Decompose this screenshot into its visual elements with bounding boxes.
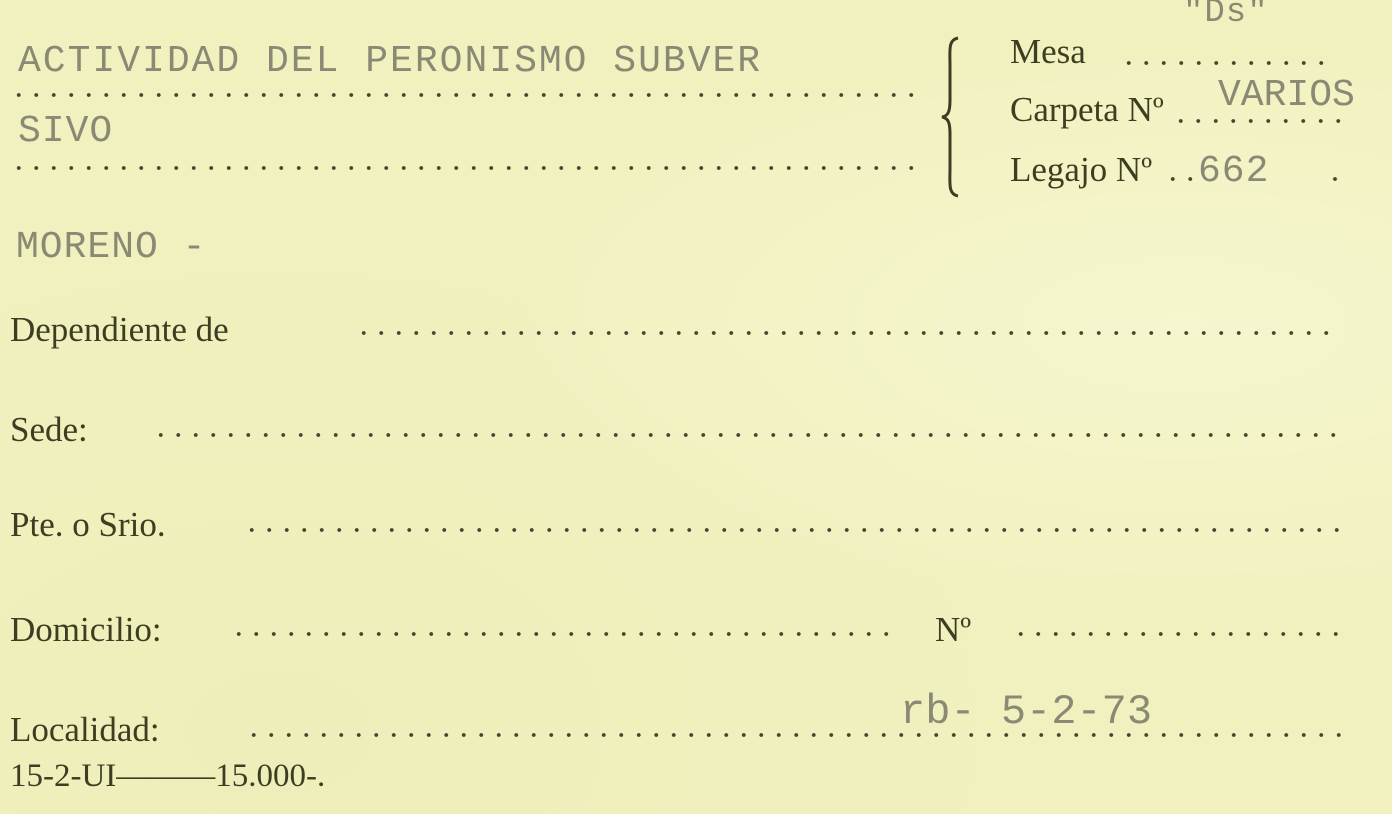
carpeta-label: Carpeta Nº xyxy=(1010,90,1164,130)
dependiente-label: Dependiente de xyxy=(10,310,229,350)
title-dotted-line-1 xyxy=(10,92,925,98)
localidad-dotted-line xyxy=(245,732,1343,738)
domicilio-label: Domicilio: xyxy=(10,610,162,650)
mesa-dotted-line xyxy=(1120,60,1335,66)
print-code: 15-2-UI———15.000-. xyxy=(10,758,325,795)
pte-srio-label: Pte. o Srio. xyxy=(10,505,166,545)
curly-brace-icon xyxy=(938,36,962,198)
numero-label: Nº xyxy=(935,610,971,650)
domicilio-dotted-line xyxy=(230,631,898,637)
location-typed: MORENO - xyxy=(16,226,206,269)
localidad-label: Localidad: xyxy=(10,710,160,750)
sede-dotted-line xyxy=(152,432,1342,438)
legajo-value: 662 xyxy=(1198,150,1269,193)
mesa-label: Mesa xyxy=(1010,32,1086,72)
pte-srio-dotted-line xyxy=(243,527,1341,533)
typed-date-annotation: rb- 5-2-73 xyxy=(900,688,1152,736)
sede-label: Sede: xyxy=(10,410,88,450)
legajo-label: Legajo Nº xyxy=(1010,150,1152,190)
card-title-line-1: ACTIVIDAD DEL PERONISMO SUBVER xyxy=(18,40,762,83)
ds-stamp: "Ds" xyxy=(1183,0,1269,32)
dependiente-dotted-line xyxy=(355,330,1330,336)
carpeta-dotted-line xyxy=(1172,118,1342,124)
carpeta-value: VARIOS xyxy=(1218,74,1355,117)
numero-dotted-line xyxy=(1012,631,1342,637)
card-title-line-2: SIVO xyxy=(18,110,113,153)
legajo-dotted-suffix xyxy=(1326,176,1344,182)
title-dotted-line-2 xyxy=(10,165,925,171)
index-card: ACTIVIDAD DEL PERONISMO SUBVER SIVO "Ds"… xyxy=(0,0,1392,814)
